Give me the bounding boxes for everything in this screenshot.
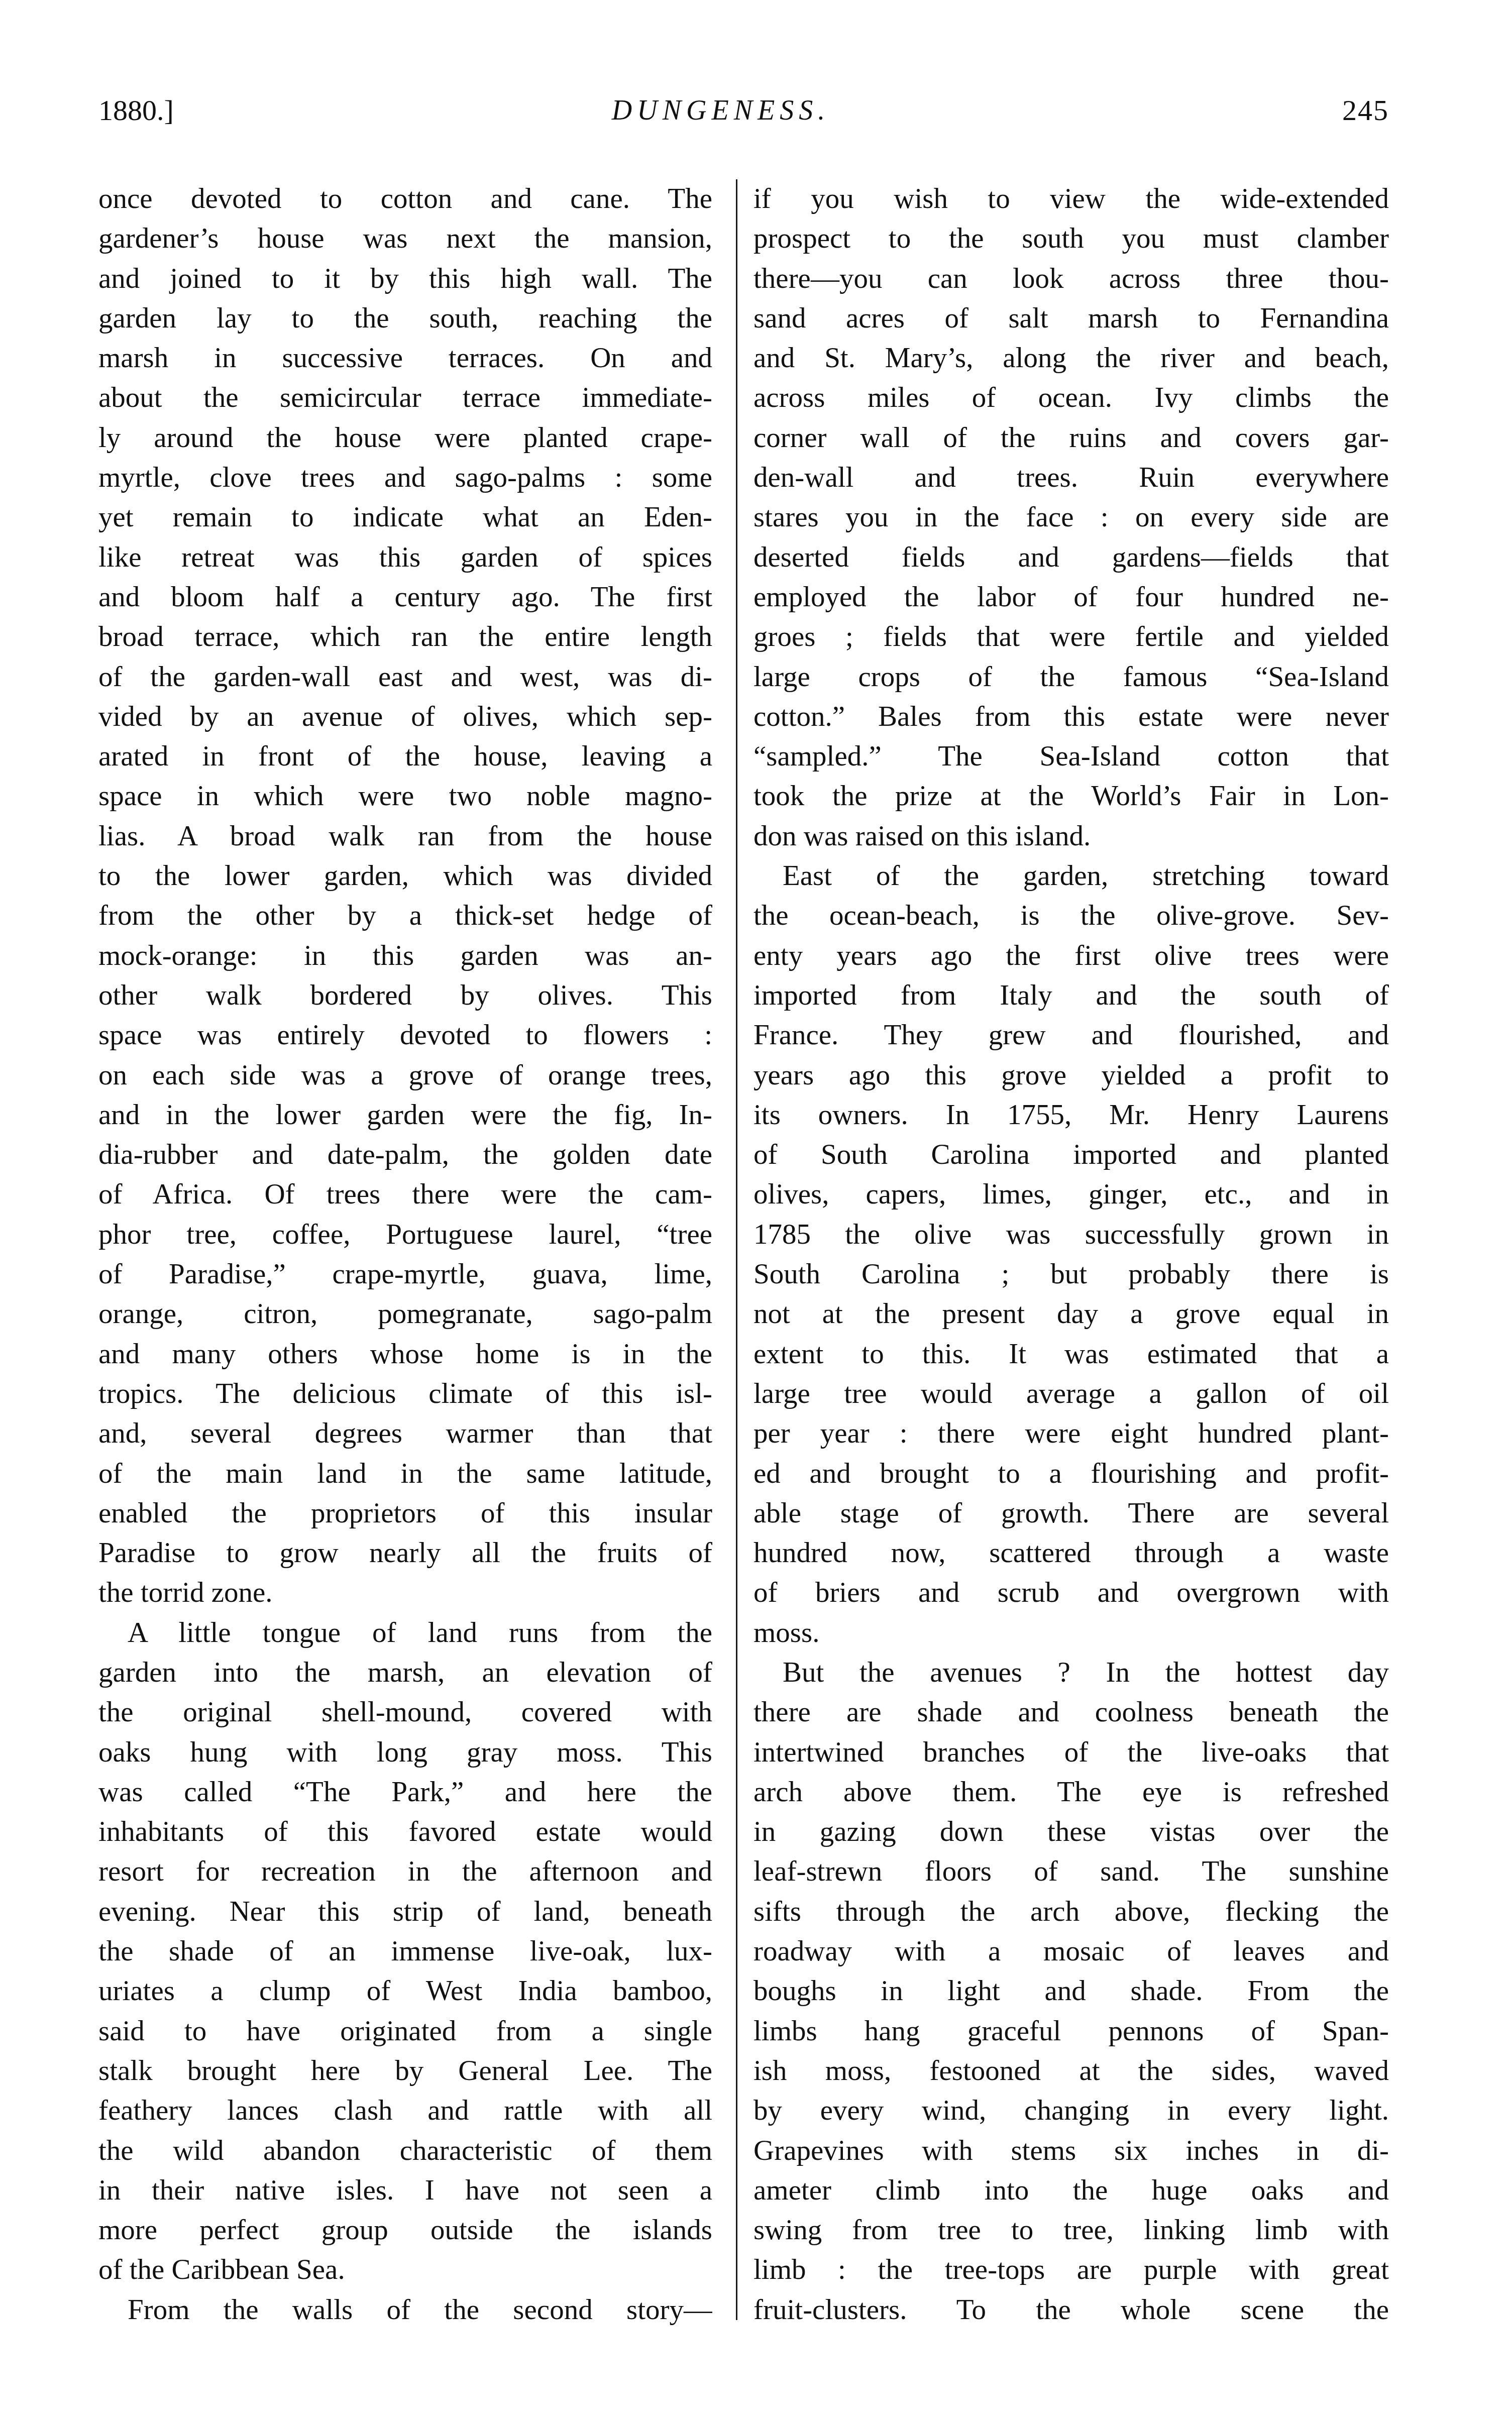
- text-line: not at the present day a grove equal in: [753, 1294, 1389, 1334]
- text-line: 1785 the olive was successfully grown in: [753, 1215, 1389, 1254]
- text-line: if you wish to view the wide-extended: [753, 179, 1389, 218]
- text-line: there are shade and coolness beneath the: [753, 1692, 1389, 1732]
- text-line: garden into the marsh, an elevation of: [98, 1653, 712, 1692]
- text-line: limb : the tree-tops are purple with gre…: [753, 2250, 1389, 2289]
- text-line: ish moss, festooned at the sides, waved: [753, 2051, 1389, 2091]
- text-line: roadway with a mosaic of leaves and: [753, 1931, 1389, 1971]
- text-line: like retreat was this garden of spices: [98, 537, 712, 577]
- text-line: Grapevines with stems six inches in di-: [753, 2131, 1389, 2170]
- text-line: moss.: [753, 1613, 1389, 1653]
- text-line: enabled the proprietors of this insular: [98, 1493, 712, 1533]
- text-line: sand acres of salt marsh to Fernandina: [753, 298, 1389, 338]
- text-line: East of the garden, stretching toward: [753, 856, 1389, 896]
- text-line: once devoted to cotton and cane. The: [98, 179, 712, 218]
- text-line: ed and brought to a flourishing and prof…: [753, 1454, 1389, 1493]
- text-line: by every wind, changing in every light.: [753, 2091, 1389, 2130]
- text-line: ly around the house were planted crape-: [98, 418, 712, 458]
- text-line: tropics. The delicious climate of this i…: [98, 1374, 712, 1413]
- text-line: sifts through the arch above, flecking t…: [753, 1892, 1389, 1931]
- book-page: 1880.] DUNGENESS. 245 once devoted to co…: [0, 0, 1512, 2414]
- text-line: fruit-clusters. To the whole scene the: [753, 2290, 1389, 2330]
- text-line: the shade of an immense live-oak, lux-: [98, 1931, 712, 1971]
- text-line: A little tongue of land runs from the: [98, 1613, 712, 1653]
- text-line: of South Carolina imported and planted: [753, 1135, 1389, 1174]
- text-line: feathery lances clash and rattle with al…: [98, 2091, 712, 2130]
- text-line: orange, citron, pomegranate, sago-palm: [98, 1294, 712, 1334]
- text-line: dia-rubber and date-palm, the golden dat…: [98, 1135, 712, 1174]
- text-line: of Africa. Of trees there were the cam-: [98, 1174, 712, 1214]
- text-line: intertwined branches of the live-oaks th…: [753, 1732, 1389, 1772]
- text-line: able stage of growth. There are several: [753, 1493, 1389, 1533]
- text-line: From the walls of the second story—: [98, 2290, 712, 2330]
- text-line: per year : there were eight hundred plan…: [753, 1413, 1389, 1453]
- text-line: uriates a clump of West India bamboo,: [98, 1971, 712, 2011]
- text-line: arated in front of the house, leaving a: [98, 736, 712, 776]
- text-line: marsh in successive terraces. On and: [98, 338, 712, 378]
- text-line: to the lower garden, which was divided: [98, 856, 712, 896]
- text-line: and St. Mary’s, along the river and beac…: [753, 338, 1389, 378]
- running-head-title: DUNGENESS.: [553, 90, 889, 131]
- text-line: mock-orange: in this garden was an-: [98, 936, 712, 975]
- text-line: large crops of the famous “Sea-Island: [753, 657, 1389, 697]
- text-line: employed the labor of four hundred ne-: [753, 577, 1389, 617]
- text-line: extent to this. It was estimated that a: [753, 1334, 1389, 1374]
- text-line: ameter climb into the huge oaks and: [753, 2170, 1389, 2210]
- text-line: imported from Italy and the south of: [753, 975, 1389, 1015]
- text-line: yet remain to indicate what an Eden-: [98, 497, 712, 537]
- text-line: and, several degrees warmer than that: [98, 1413, 712, 1453]
- text-line: about the semicircular terrace immediate…: [98, 378, 712, 417]
- right-column: if you wish to view the wide-extendedpro…: [753, 179, 1389, 2330]
- text-line: stalk brought here by General Lee. The: [98, 2051, 712, 2091]
- left-column: once devoted to cotton and cane. Thegard…: [98, 179, 712, 2330]
- text-line: large tree would average a gallon of oil: [753, 1374, 1389, 1413]
- text-line: in their native isles. I have not seen a: [98, 2170, 712, 2210]
- text-line: olives, capers, limes, ginger, etc., and…: [753, 1174, 1389, 1214]
- text-line: “sampled.” The Sea-Island cotton that: [753, 736, 1389, 776]
- text-line: inhabitants of this favored estate would: [98, 1812, 712, 1851]
- text-line: the wild abandon characteristic of them: [98, 2131, 712, 2170]
- text-line: myrtle, clove trees and sago-palms : som…: [98, 458, 712, 497]
- text-line: and in the lower garden were the fig, In…: [98, 1095, 712, 1135]
- text-line: broad terrace, which ran the entire leng…: [98, 617, 712, 656]
- text-line: garden lay to the south, reaching the: [98, 298, 712, 338]
- text-line: limbs hang graceful pennons of Span-: [753, 2011, 1389, 2051]
- page-number: 245: [1286, 90, 1389, 131]
- text-line: oaks hung with long gray moss. This: [98, 1732, 712, 1772]
- text-line: France. They grew and flourished, and: [753, 1015, 1389, 1055]
- text-line: was called “The Park,” and here the: [98, 1772, 712, 1812]
- text-line: said to have originated from a single: [98, 2011, 712, 2051]
- text-line: the original shell-mound, covered with: [98, 1692, 712, 1732]
- text-line: stares you in the face : on every side a…: [753, 497, 1389, 537]
- text-line: leaf-strewn floors of sand. The sunshine: [753, 1851, 1389, 1891]
- column-divider: [736, 179, 737, 2320]
- text-line: and many others whose home is in the: [98, 1334, 712, 1374]
- text-line: space was entirely devoted to flowers :: [98, 1015, 712, 1055]
- text-line: deserted fields and gardens—fields that: [753, 537, 1389, 577]
- text-line: don was raised on this island.: [753, 816, 1389, 856]
- text-line: phor tree, coffee, Portuguese laurel, “t…: [98, 1215, 712, 1254]
- text-line: and joined to it by this high wall. The: [98, 259, 712, 298]
- text-line: But the avenues ? In the hottest day: [753, 1653, 1389, 1692]
- text-line: corner wall of the ruins and covers gar-: [753, 418, 1389, 458]
- text-line: groes ; fields that were fertile and yie…: [753, 617, 1389, 656]
- text-line: enty years ago the first olive trees wer…: [753, 936, 1389, 975]
- text-line: years ago this grove yielded a profit to: [753, 1055, 1389, 1095]
- text-line: of Paradise,” crape-myrtle, guava, lime,: [98, 1254, 712, 1294]
- running-head-year: 1880.]: [98, 90, 174, 131]
- text-line: evening. Near this strip of land, beneat…: [98, 1892, 712, 1931]
- text-line: South Carolina ; but probably there is: [753, 1254, 1389, 1294]
- text-line: the torrid zone.: [98, 1573, 712, 1612]
- text-line: space in which were two noble magno-: [98, 776, 712, 816]
- text-line: of the main land in the same latitude,: [98, 1454, 712, 1493]
- text-line: vided by an avenue of olives, which sep-: [98, 697, 712, 736]
- text-line: there—you can look across three thou-: [753, 259, 1389, 298]
- text-line: prospect to the south you must clamber: [753, 218, 1389, 258]
- text-line: arch above them. The eye is refreshed: [753, 1772, 1389, 1812]
- text-line: lias. A broad walk ran from the house: [98, 816, 712, 856]
- text-line: in gazing down these vistas over the: [753, 1812, 1389, 1851]
- text-line: swing from tree to tree, linking limb wi…: [753, 2210, 1389, 2250]
- text-line: gardener’s house was next the mansion,: [98, 218, 712, 258]
- text-line: its owners. In 1755, Mr. Henry Laurens: [753, 1095, 1389, 1135]
- text-line: boughs in light and shade. From the: [753, 1971, 1389, 2011]
- text-line: from the other by a thick-set hedge of: [98, 896, 712, 935]
- text-line: across miles of ocean. Ivy climbs the: [753, 378, 1389, 417]
- text-line: of the garden-wall east and west, was di…: [98, 657, 712, 697]
- text-line: other walk bordered by olives. This: [98, 975, 712, 1015]
- text-line: of the Caribbean Sea.: [98, 2250, 712, 2289]
- text-line: resort for recreation in the afternoon a…: [98, 1851, 712, 1891]
- text-line: on each side was a grove of orange trees…: [98, 1055, 712, 1095]
- text-line: more perfect group outside the islands: [98, 2210, 712, 2250]
- text-line: Paradise to grow nearly all the fruits o…: [98, 1533, 712, 1573]
- text-line: took the prize at the World’s Fair in Lo…: [753, 776, 1389, 816]
- text-line: cotton.” Bales from this estate were nev…: [753, 697, 1389, 736]
- text-line: hundred now, scattered through a waste: [753, 1533, 1389, 1573]
- text-line: den-wall and trees. Ruin everywhere: [753, 458, 1389, 497]
- text-line: the ocean-beach, is the olive-grove. Sev…: [753, 896, 1389, 935]
- text-line: of briers and scrub and overgrown with: [753, 1573, 1389, 1612]
- text-line: and bloom half a century ago. The first: [98, 577, 712, 617]
